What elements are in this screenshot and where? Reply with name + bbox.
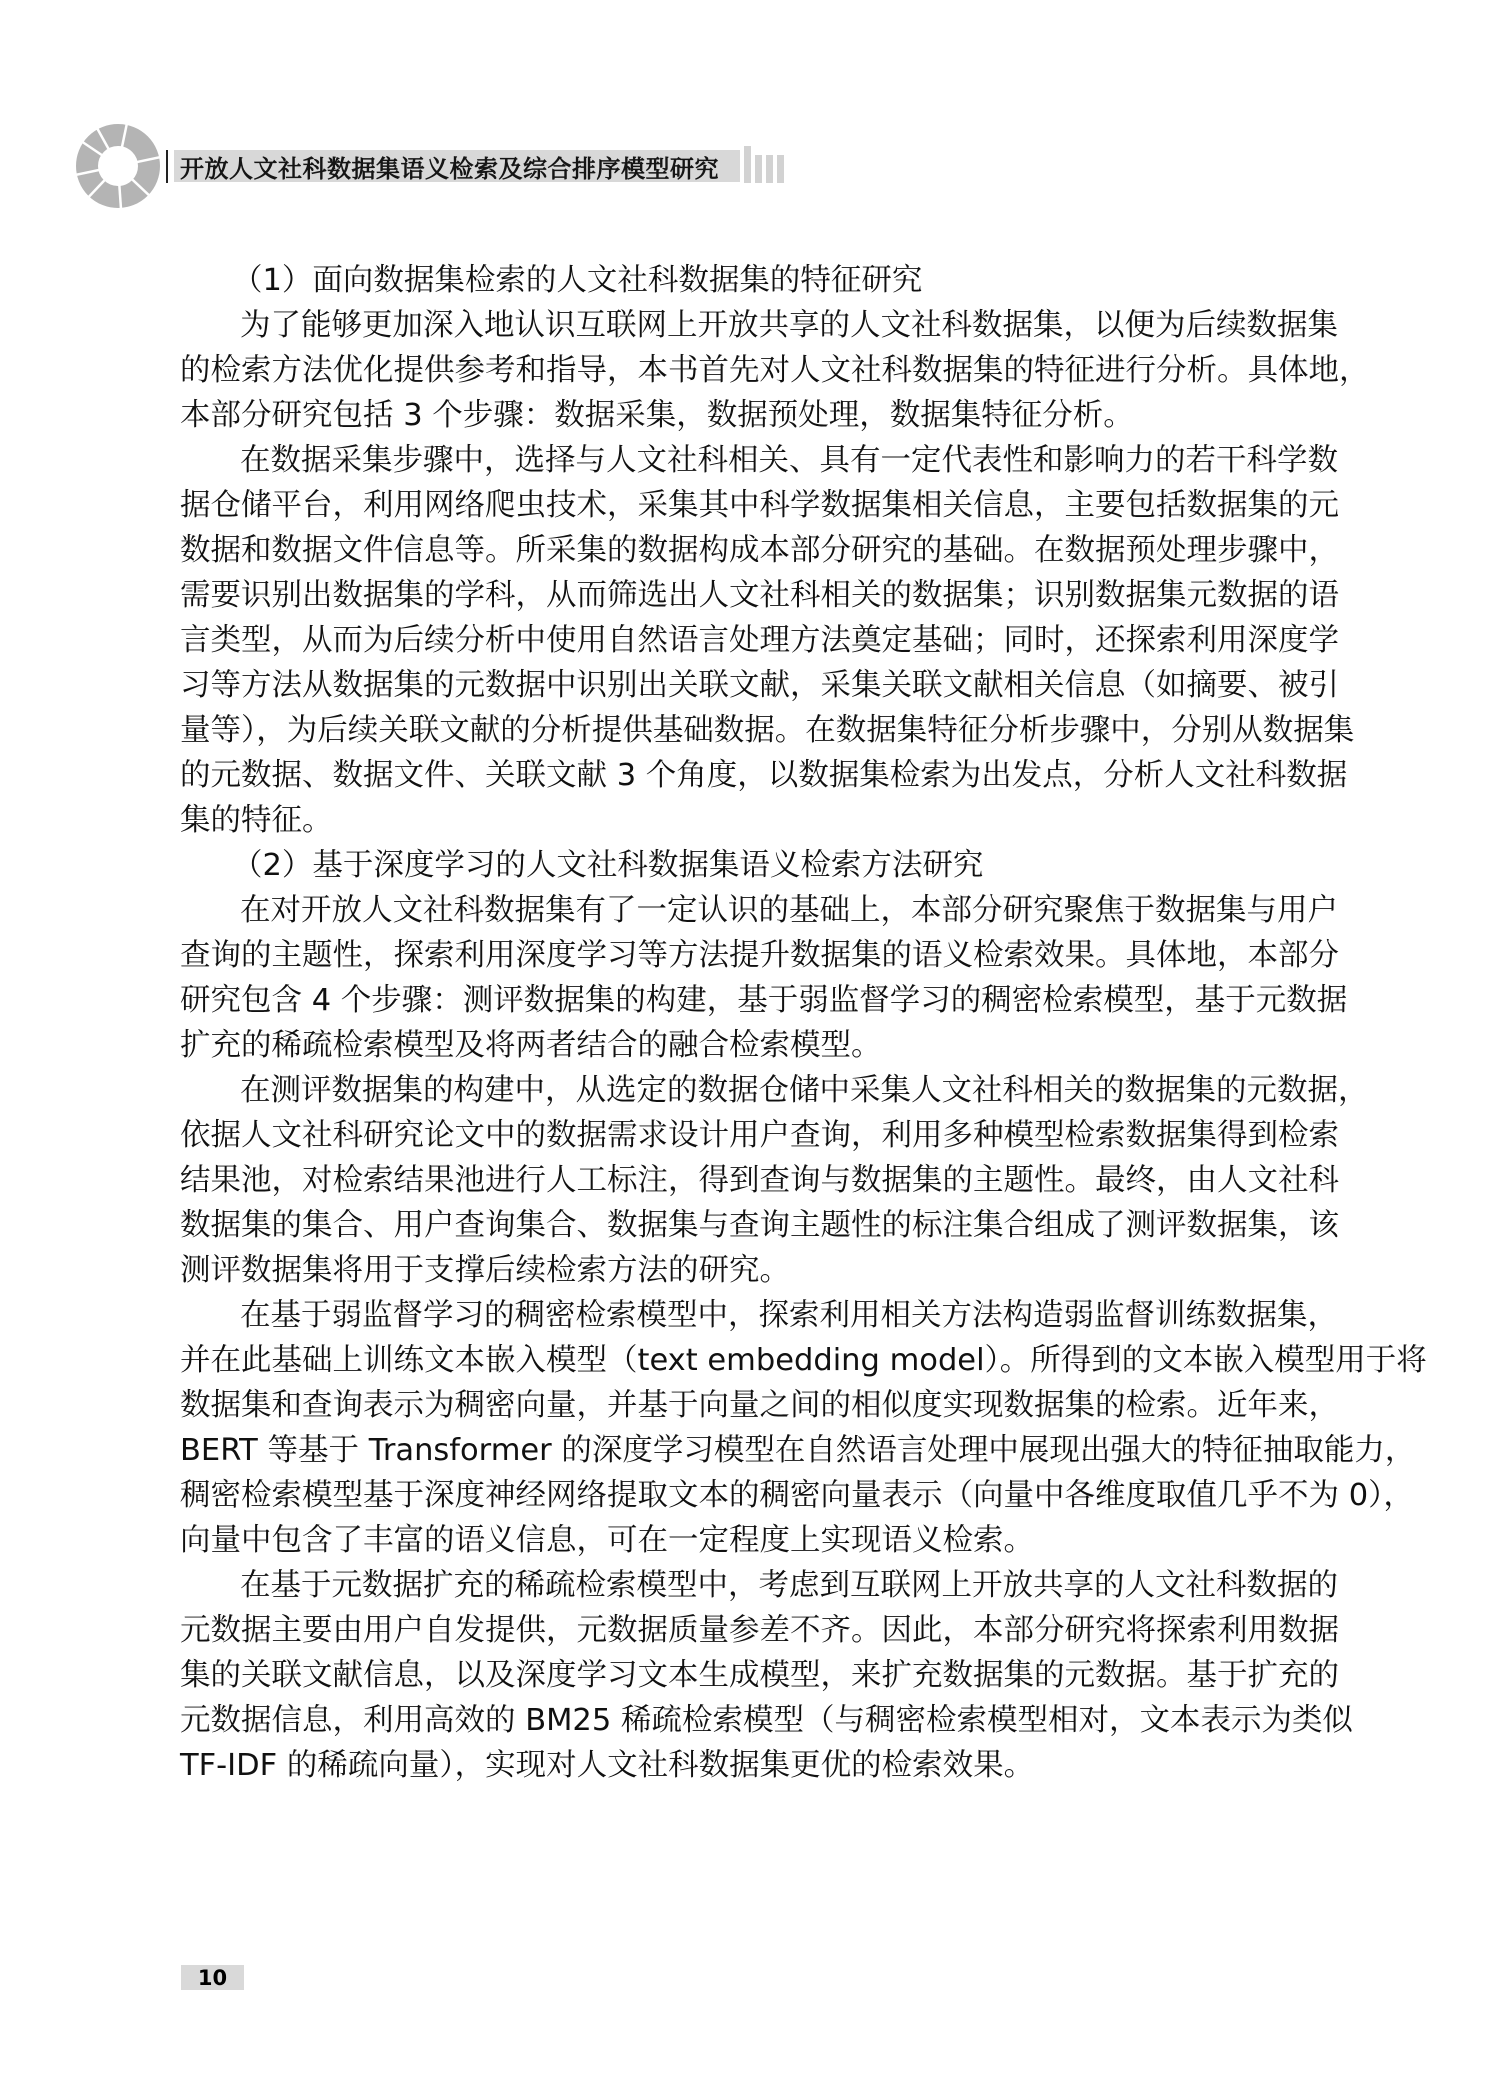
text-line: BERT 等基于 Transformer 的深度学习模型在自然语言处理中展现出强… bbox=[180, 1428, 1330, 1473]
text-line: 元数据主要由用户自发提供，元数据质量参差不齐。因此，本部分研究将探索利用数据 bbox=[180, 1608, 1330, 1653]
text-line: 数据集的集合、用户查询集合、数据集与查询主题性的标注集合组成了测评数据集，该 bbox=[180, 1203, 1330, 1248]
running-title-band: 开放人文社科数据集语义检索及综合排序模型研究 bbox=[174, 150, 740, 182]
text-line: 集的关联文献信息，以及深度学习文本生成模型，来扩充数据集的元数据。基于扩充的 bbox=[180, 1653, 1330, 1698]
text-line: 为了能够更加深入地认识互联网上开放共享的人文社科数据集，以便为后续数据集 bbox=[180, 303, 1330, 348]
text-line: 在测评数据集的构建中，从选定的数据仓储中采集人文社科相关的数据集的元数据， bbox=[180, 1068, 1330, 1113]
text-line: 在基于弱监督学习的稠密检索模型中，探索利用相关方法构造弱监督训练数据集， bbox=[180, 1293, 1330, 1338]
text-line: 集的特征。 bbox=[180, 798, 1330, 843]
text-line: 向量中包含了丰富的语义信息，可在一定程度上实现语义检索。 bbox=[180, 1518, 1330, 1563]
text-line: 据仓储平台，利用网络爬虫技术，采集其中科学数据集相关信息，主要包括数据集的元 bbox=[180, 483, 1330, 528]
decorative-bars bbox=[744, 146, 784, 183]
header-divider bbox=[166, 150, 168, 183]
text-line: 在基于元数据扩充的稀疏检索模型中，考虑到互联网上开放共享的人文社科数据的 bbox=[180, 1563, 1330, 1608]
text-line: 在数据采集步骤中，选择与人文社科相关、具有一定代表性和影响力的若干科学数 bbox=[180, 438, 1330, 483]
text-line: 数据集和查询表示为稠密向量，并基于向量之间的相似度实现数据集的检索。近年来， bbox=[180, 1383, 1330, 1428]
text-line: 测评数据集将用于支撑后续检索方法的研究。 bbox=[180, 1248, 1330, 1293]
text-line: 扩充的稀疏检索模型及将两者结合的融合检索模型。 bbox=[180, 1023, 1330, 1068]
text-line: 稠密检索模型基于深度神经网络提取文本的稠密向量表示（向量中各维度取值几乎不为 0… bbox=[180, 1473, 1330, 1518]
text-line: 需要识别出数据集的学科，从而筛选出人文社科相关的数据集；识别数据集元数据的语 bbox=[180, 573, 1330, 618]
text-line: 的检索方法优化提供参考和指导，本书首先对人文社科数据集的特征进行分析。具体地， bbox=[180, 348, 1330, 393]
text-line: 研究包含 4 个步骤：测评数据集的构建，基于弱监督学习的稠密检索模型，基于元数据 bbox=[180, 978, 1330, 1023]
text-line: 数据和数据文件信息等。所采集的数据构成本部分研究的基础。在数据预处理步骤中， bbox=[180, 528, 1330, 573]
decorative-ring-icon bbox=[75, 123, 161, 209]
text-line: 依据人文社科研究论文中的数据需求设计用户查询，利用多种模型检索数据集得到检索 bbox=[180, 1113, 1330, 1158]
body-text: （1）面向数据集检索的人文社科数据集的特征研究为了能够更加深入地认识互联网上开放… bbox=[180, 258, 1330, 1788]
text-line: 本部分研究包括 3 个步骤：数据采集，数据预处理，数据集特征分析。 bbox=[180, 393, 1330, 438]
decorative-bar bbox=[755, 155, 762, 183]
text-line: 量等），为后续关联文献的分析提供基础数据。在数据集特征分析步骤中，分别从数据集 bbox=[180, 708, 1330, 753]
text-line: 元数据信息，利用高效的 BM25 稀疏检索模型（与稠密检索模型相对，文本表示为类… bbox=[180, 1698, 1330, 1743]
decorative-bar bbox=[744, 146, 751, 183]
page-number: 10 bbox=[198, 1966, 227, 1990]
text-line: TF-IDF 的稀疏向量），实现对人文社科数据集更优的检索效果。 bbox=[180, 1743, 1330, 1788]
running-header: 开放人文社科数据集语义检索及综合排序模型研究 bbox=[0, 0, 1504, 200]
text-line: 并在此基础上训练文本嵌入模型（text embedding model）。所得到… bbox=[180, 1338, 1330, 1383]
text-line: 言类型，从而为后续分析中使用自然语言处理方法奠定基础；同时，还探索利用深度学 bbox=[180, 618, 1330, 663]
text-line: 结果池，对检索结果池进行人工标注，得到查询与数据集的主题性。最终，由人文社科 bbox=[180, 1158, 1330, 1203]
text-line: 查询的主题性，探索利用深度学习等方法提升数据集的语义检索效果。具体地，本部分 bbox=[180, 933, 1330, 978]
decorative-bar bbox=[777, 155, 784, 183]
text-line: 在对开放人文社科数据集有了一定认识的基础上，本部分研究聚焦于数据集与用户 bbox=[180, 888, 1330, 933]
section-heading: （2）基于深度学习的人文社科数据集语义检索方法研究 bbox=[180, 843, 1330, 888]
section-heading: （1）面向数据集检索的人文社科数据集的特征研究 bbox=[180, 258, 1330, 303]
running-title: 开放人文社科数据集语义检索及综合排序模型研究 bbox=[180, 149, 719, 184]
text-line: 的元数据、数据文件、关联文献 3 个角度，以数据集检索为出发点，分析人文社科数据 bbox=[180, 753, 1330, 798]
decorative-bar bbox=[766, 155, 773, 183]
text-line: 习等方法从数据集的元数据中识别出关联文献，采集关联文献相关信息（如摘要、被引 bbox=[180, 663, 1330, 708]
page-number-box: 10 bbox=[181, 1965, 244, 1990]
